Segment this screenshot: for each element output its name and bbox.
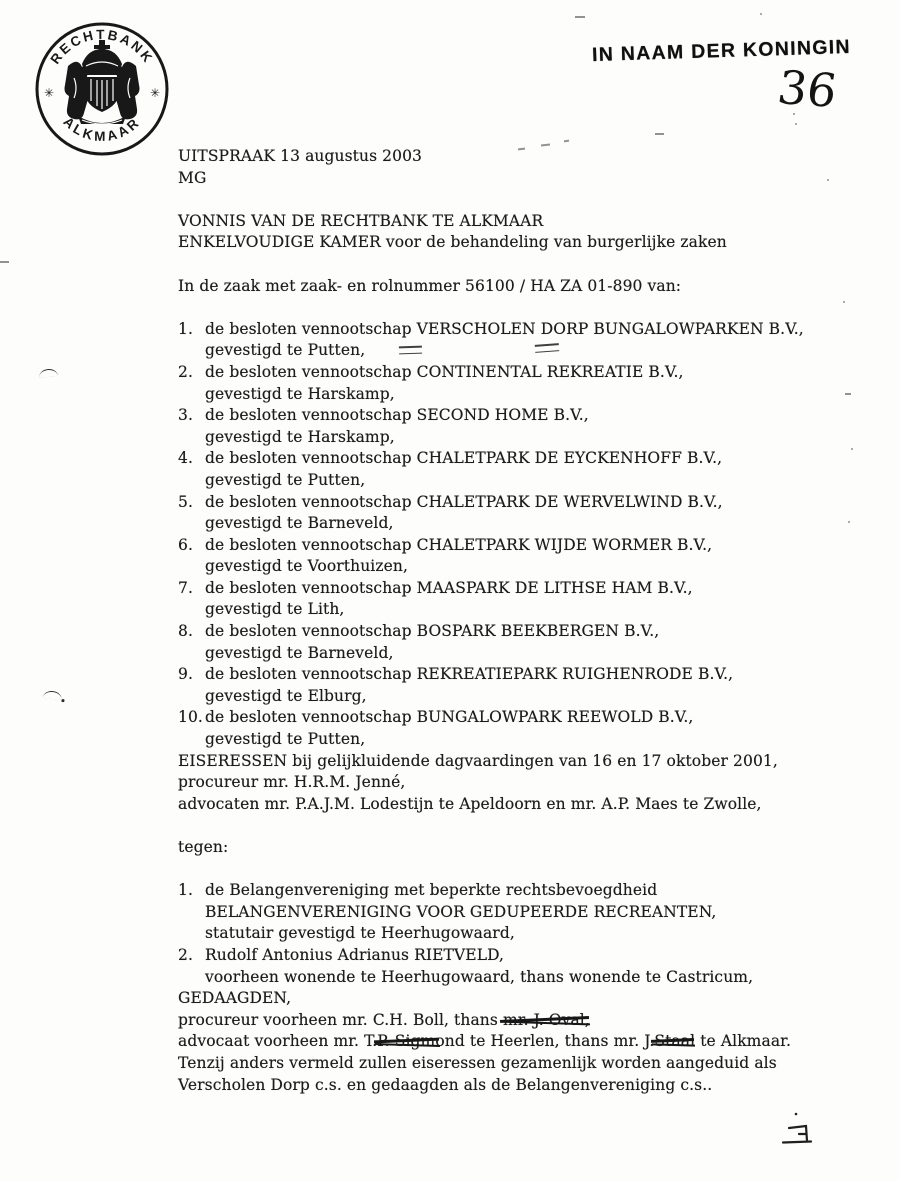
text-segment: advocaat voorheen mr. T. [178,1032,377,1050]
stamp-left-star: ✳ [44,86,54,100]
text-segment: procureur voorheen mr. C.H. Boll, thans [178,1011,503,1029]
text-line: UITSPRAAK 13 augustus 2003 [178,146,878,168]
text-segment: de Belangenvereniging met beperkte recht… [205,881,657,899]
text-segment: Tenzij anders vermeld zullen eiseressen … [178,1054,777,1072]
scan-speck [655,133,664,135]
text-line: 5.de besloten vennootschap CHALETPARK DE… [178,492,878,514]
text-segment: gevestigd te Putten, [205,730,365,748]
list-number: 2. [178,945,205,967]
text-line: 2.de besloten vennootschap CONTINENTAL R… [178,362,878,384]
text-line: advocaten mr. P.A.J.M. Lodestijn te Apel… [178,794,878,816]
text-segment: de besloten vennootschap REKREATIEPARK R… [205,665,733,683]
text-line: tegen: [178,837,878,859]
text-line: 4.de besloten vennootschap CHALETPARK DE… [178,448,878,470]
text-line: MG [178,168,878,190]
list-number: 10. [178,707,205,729]
text-line: voorheen wonende te Heerhugowaard, thans… [178,967,878,989]
blank-line [178,859,878,881]
text-line: procureur voorheen mr. C.H. Boll, thans … [178,1010,878,1032]
text-segment: de besloten vennootschap MAASPARK DE LIT… [205,579,693,597]
document-page: RECHTBANK ALKMAAR ✳ ✳ IN NAAM DER KONING… [0,0,900,1181]
text-line: Verscholen Dorp c.s. en gedaagden als de… [178,1075,878,1097]
text-segment: de besloten vennootschap CHALETPARK WIJD… [205,536,712,554]
text-segment: gevestigd te Voorthuizen, [205,557,408,575]
paraph-mark [780,1105,822,1153]
text-line: BELANGENVERENIGING VOOR GEDUPEERDE RECRE… [178,902,878,924]
text-segment: gevestigd te Harskamp, [205,385,395,403]
list-number: 8. [178,621,205,643]
text-segment: l te Alkmaar. [690,1032,791,1050]
struck-text: Staa [654,1031,690,1053]
text-line: EISERESSEN bij gelijkluidende dagvaardin… [178,751,878,773]
text-segment: EISERESSEN bij gelijkluidende dagvaardin… [178,752,778,770]
text-line: gevestigd te Barneveld, [178,513,878,535]
text-line: gevestigd te Elburg, [178,686,878,708]
text-line: 1.de besloten vennootschap VERSCHOLEN DO… [178,319,878,341]
text-segment: gevestigd te Elburg, [205,687,367,705]
text-line: gevestigd te Putten, [178,340,878,362]
blank-line [178,189,878,211]
text-line: VONNIS VAN DE RECHTBANK TE ALKMAAR [178,211,878,233]
list-number: 7. [178,578,205,600]
margin-squiggle [39,369,58,378]
list-number: 4. [178,448,205,470]
text-segment: In de zaak met zaak- en rolnummer 56100 … [178,277,681,295]
text-line: gevestigd te Barneveld, [178,643,878,665]
text-segment: de besloten vennootschap CHALETPARK DE W… [205,493,723,511]
text-segment: MG [178,169,206,187]
text-segment: procureur mr. H.R.M. Jenné, [178,773,405,791]
text-segment: de besloten vennootschap SECOND HOME B.V… [205,406,589,424]
text-line: 7.de besloten vennootschap MAASPARK DE L… [178,578,878,600]
text-line: advocaat voorheen mr. T.P. Sigmond te He… [178,1031,878,1053]
text-line: gevestigd te Voorthuizen, [178,556,878,578]
scan-speck [564,140,569,142]
text-line: procureur mr. H.R.M. Jenné, [178,772,878,794]
text-line: gevestigd te Harskamp, [178,427,878,449]
document-body: UITSPRAAK 13 augustus 2003MGVONNIS VAN D… [178,146,878,1096]
text-line: 2.Rudolf Antonius Adrianus RIETVELD, [178,945,878,967]
text-line: statutair gevestigd te Heerhugowaard, [178,923,878,945]
text-segment: voorheen wonende te Heerhugowaard, thans… [205,968,753,986]
text-segment: de besloten vennootschap CONTINENTAL REK… [205,363,684,381]
text-line: 6.de besloten vennootschap CHALETPARK WI… [178,535,878,557]
text-line: ENKELVOUDIGE KAMER voor de behandeling v… [178,232,878,254]
blank-line [178,254,878,276]
court-stamp: RECHTBANK ALKMAAR ✳ ✳ [30,16,174,162]
text-line: Tenzij anders vermeld zullen eiseressen … [178,1053,878,1075]
text-segment: ond te Heerlen, thans mr. J. [435,1032,654,1050]
text-segment: gevestigd te Barneveld, [205,644,394,662]
text-line: In de zaak met zaak- en rolnummer 56100 … [178,276,878,298]
list-number: 1. [178,880,205,902]
text-segment: BELANGENVERENIGING VOOR GEDUPEERDE RECRE… [205,903,716,921]
scan-speck [575,16,585,18]
text-line: 9.de besloten vennootschap REKREATIEPARK… [178,664,878,686]
text-segment: de besloten vennootschap CHALETPARK DE E… [205,449,722,467]
text-segment: gevestigd te Putten, [205,471,365,489]
text-segment: gevestigd te Lith, [205,600,344,618]
text-line: gevestigd te Putten, [178,729,878,751]
pencil-underline-mark [399,346,422,355]
text-line: GEDAAGDEN, [178,988,878,1010]
scan-speck [845,393,851,395]
text-segment: de besloten vennootschap BOSPARK BEEKBER… [205,622,659,640]
scan-speck [795,123,797,125]
text-segment: gevestigd te Putten, [205,341,365,359]
margin-squiggle [43,690,63,700]
text-line: 10.de besloten vennootschap BUNGALOWPARK… [178,707,878,729]
text-segment: statutair gevestigd te Heerhugowaard, [205,924,515,942]
blank-line [178,297,878,319]
text-line: gevestigd te Putten, [178,470,878,492]
text-segment: Rudolf Antonius Adrianus RIETVELD, [205,946,504,964]
text-segment: tegen: [178,838,228,856]
scan-speck [0,261,9,263]
stamp-right-star: ✳ [150,86,160,100]
text-line: gevestigd te Harskamp, [178,384,878,406]
list-number: 6. [178,535,205,557]
list-number: 2. [178,362,205,384]
handwritten-page-number: 36 [774,60,840,118]
text-line: gevestigd te Lith, [178,599,878,621]
text-line: 3.de besloten vennootschap SECOND HOME B… [178,405,878,427]
text-segment: UITSPRAAK 13 augustus 2003 [178,147,422,165]
text-segment: gevestigd te Harskamp, [205,428,395,446]
text-segment: de besloten vennootschap BUNGALOWPARK RE… [205,708,693,726]
text-segment: ENKELVOUDIGE KAMER voor de behandeling v… [178,233,727,251]
list-number: 9. [178,664,205,686]
text-segment: gevestigd te Barneveld, [205,514,394,532]
pencil-underline-mark [535,343,559,353]
list-number: 5. [178,492,205,514]
text-segment: Verscholen Dorp c.s. en gedaagden als de… [178,1076,712,1094]
text-segment: , [585,1011,590,1029]
blank-line [178,815,878,837]
text-line: 1.de Belangenvereniging met beperkte rec… [178,880,878,902]
text-segment: advocaten mr. P.A.J.M. Lodestijn te Apel… [178,795,762,813]
text-segment: GEDAAGDEN, [178,989,291,1007]
list-number: 1. [178,319,205,341]
struck-text: mr. J. Oval [503,1010,585,1032]
scan-speck [760,13,762,15]
text-segment: de besloten vennootschap VERSCHOLEN DORP… [205,320,804,338]
struck-text: P. Sigm [377,1031,435,1053]
list-number: 3. [178,405,205,427]
text-line: 8.de besloten vennootschap BOSPARK BEEKB… [178,621,878,643]
text-segment: VONNIS VAN DE RECHTBANK TE ALKMAAR [178,212,543,230]
